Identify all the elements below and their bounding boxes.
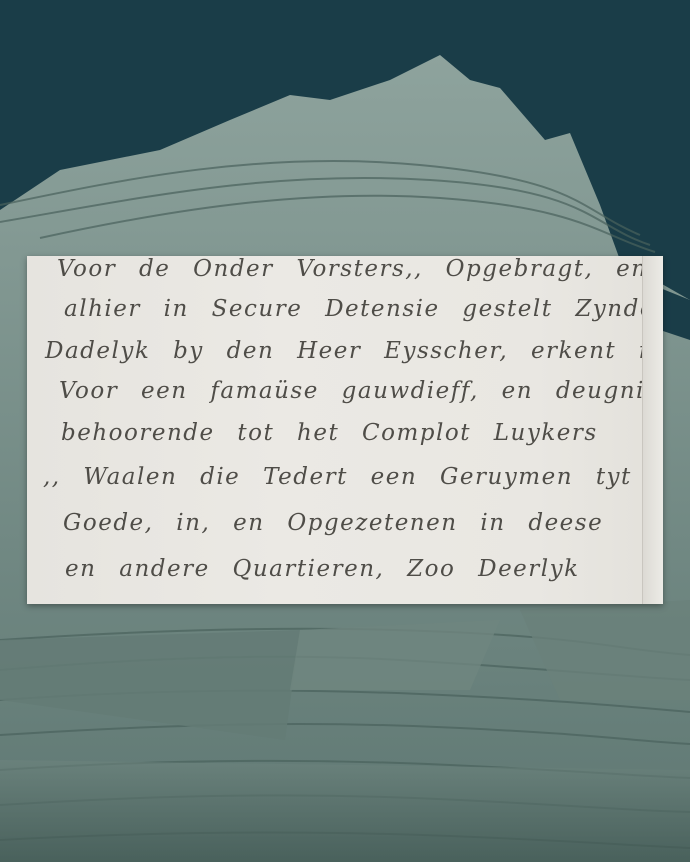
document-line-5: behoorende tot het Complot Luykers: [61, 420, 598, 446]
document-line-3: Dadelyk by den Heer Eysscher, erkent is: [45, 338, 661, 364]
document-line-8: en andere Quartieren, Zoo Deerlyk: [65, 556, 580, 582]
document-line-1: Voor de Onder Vorsters,, Opgebragt, en: [57, 256, 648, 282]
document-line-4: Voor een famaüse gauwdieff, en deugniet: [59, 378, 663, 404]
document-line-2: alhier in Secure Detensie gestelt Zynde.: [64, 296, 663, 322]
handwritten-document: Voor de Onder Vorsters,, Opgebragt, en a…: [27, 256, 663, 604]
document-line-7: Goede, in, en Opgezetenen in deese: [63, 510, 603, 536]
document-line-6: ,, Waalen die Tedert een Geruymen tyt de: [43, 464, 663, 490]
